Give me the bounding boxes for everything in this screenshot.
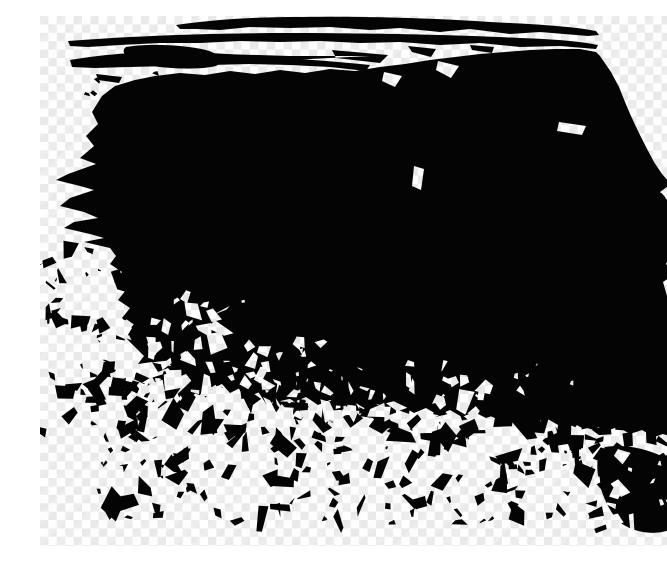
brush-stroke-artwork [40, 16, 667, 546]
spatter-fleck [385, 503, 391, 510]
brush-stroke-canvas [40, 16, 667, 546]
spatter-fleck [570, 435, 585, 450]
